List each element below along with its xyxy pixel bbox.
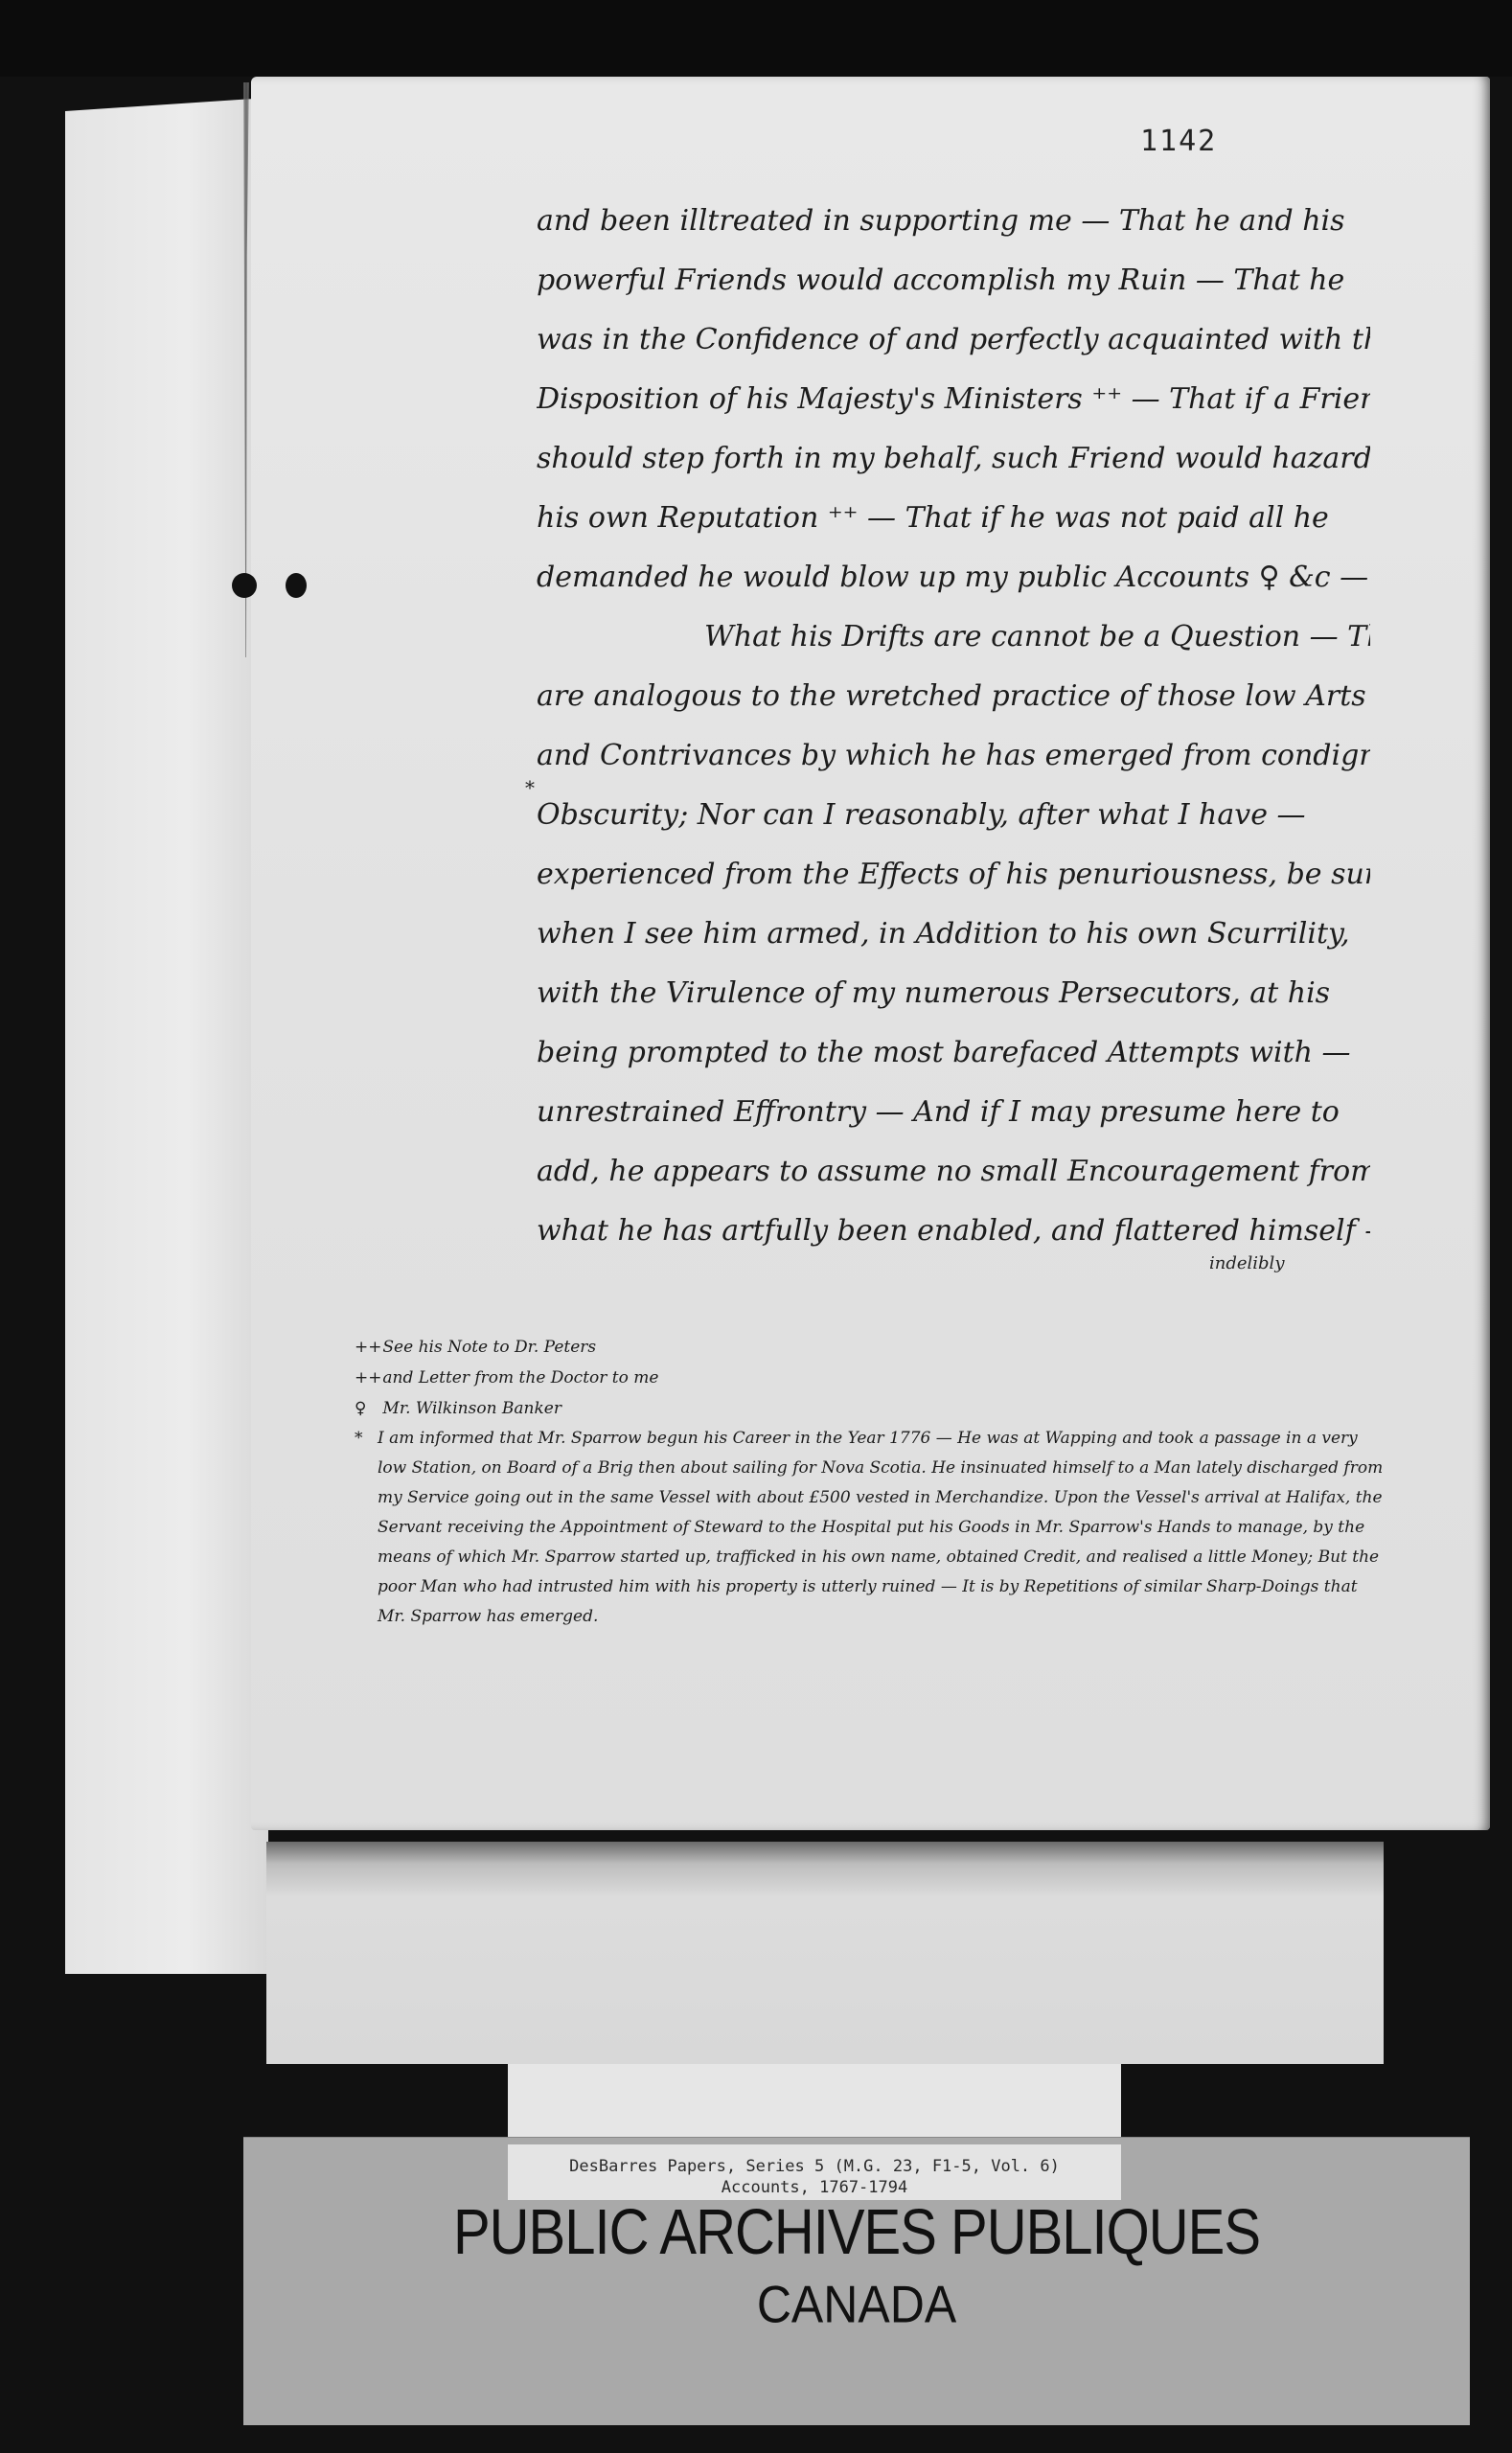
manuscript-body: and been illtreated in supporting me — T… — [537, 192, 1370, 1261]
footnotes: ++ See his Note to Dr. Peters ++ and Let… — [355, 1332, 1389, 1455]
body-line: unrestrained Effrontry — And if I may pr… — [537, 1083, 1370, 1142]
body-line: when I see him armed, in Addition to his… — [537, 905, 1370, 964]
folded-left-leaf — [65, 98, 268, 1974]
footnote-mark: ++ — [355, 1332, 378, 1363]
body-line: with the Virulence of my numerous Persec… — [537, 964, 1370, 1023]
body-line: are analogous to the wretched practice o… — [537, 667, 1370, 726]
body-line: experienced from the Effects of his penu… — [537, 845, 1370, 905]
body-line: should step forth in my behalf, such Fri… — [537, 429, 1370, 489]
body-line: what he has artfully been enabled, and f… — [537, 1202, 1370, 1261]
body-line: add, he appears to assume no small Encou… — [537, 1142, 1370, 1202]
body-line: powerful Friends would accomplish my Rui… — [537, 251, 1370, 310]
footnote-text: I am informed that Mr. Sparrow begun his… — [378, 1429, 1383, 1626]
footnote: ♀ Mr. Wilkinson Banker — [355, 1393, 1389, 1424]
folded-lower-sheet — [266, 1842, 1384, 2064]
body-line: Obscurity; Nor can I reasonably, after w… — [537, 786, 1370, 845]
punch-hole-left — [232, 573, 257, 598]
institution-name: PUBLIC ARCHIVES PUBLIQUES — [243, 2195, 1470, 2269]
body-line: his own Reputation ⁺⁺ — That if he was n… — [537, 489, 1370, 548]
institution-country: CANADA — [243, 2274, 1470, 2335]
collection-label: DesBarres Papers, Series 5 (M.G. 23, F1-… — [508, 2144, 1121, 2200]
body-line: and Contrivances by which he has emerged… — [537, 726, 1370, 786]
body-line: and been illtreated in supporting me — T… — [537, 192, 1370, 251]
body-line: was in the Confidence of and perfectly a… — [537, 310, 1370, 370]
folio-number: 1142 — [1140, 125, 1217, 158]
footnote-mark: * — [355, 1424, 378, 1454]
collection-line: DesBarres Papers, Series 5 (M.G. 23, F1-… — [508, 2156, 1121, 2177]
footnote-text: Mr. Wilkinson Banker — [382, 1399, 561, 1418]
footnote: ++ and Letter from the Doctor to me — [355, 1363, 1389, 1393]
body-line: demanded he would blow up my public Acco… — [537, 548, 1370, 608]
asterisk-reference-mark: * — [525, 776, 535, 799]
footnote-text: and Letter from the Doctor to me — [382, 1368, 658, 1387]
interlineation: indelibly — [1209, 1253, 1285, 1273]
scan-background — [0, 0, 1512, 77]
body-line: Disposition of his Majesty's Ministers ⁺… — [537, 370, 1370, 429]
footnote-mark: ♀ — [355, 1393, 378, 1424]
punch-hole-right — [286, 573, 307, 598]
footnote-text: See his Note to Dr. Peters — [382, 1338, 596, 1357]
body-line: being prompted to the most barefaced Att… — [537, 1023, 1370, 1083]
body-line-paragraph-start: What his Drifts are cannot be a Question… — [537, 608, 1370, 667]
footnote-mark: ++ — [355, 1363, 378, 1393]
footnote: ++ See his Note to Dr. Peters — [355, 1332, 1389, 1363]
footnote-long: *I am informed that Mr. Sparrow begun hi… — [355, 1424, 1389, 1455]
